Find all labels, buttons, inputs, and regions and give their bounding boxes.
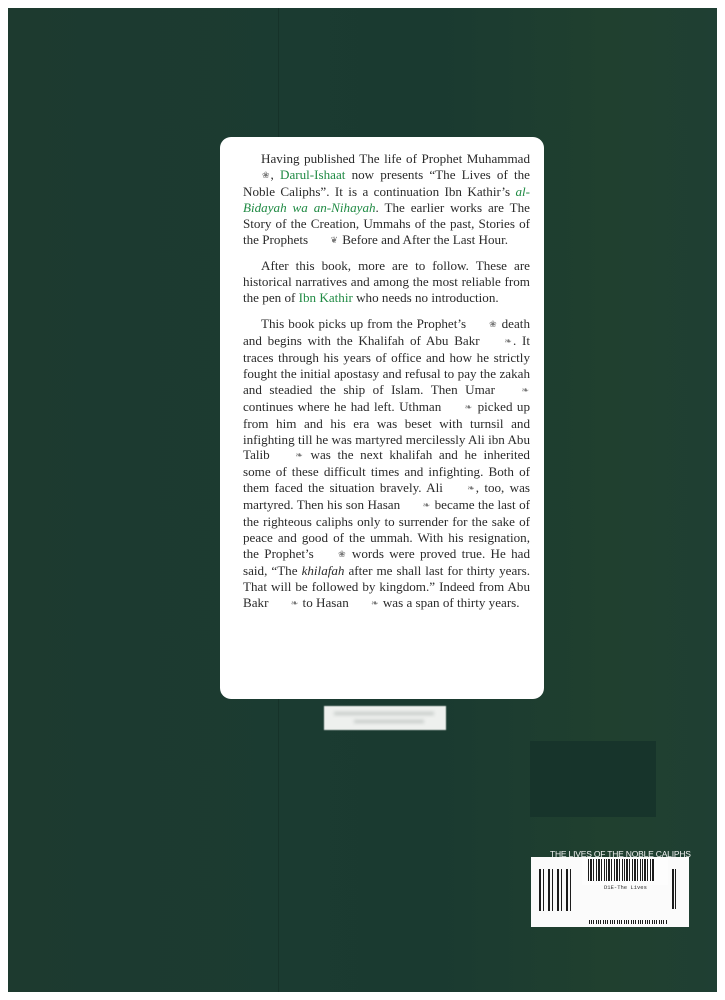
blurb-paragraph: Having published The life of Prophet Muh… bbox=[243, 151, 530, 248]
text-run: was a span of thirty years. bbox=[380, 595, 520, 610]
isbn-barcode-area bbox=[530, 741, 656, 817]
honorific-icon: ❧ bbox=[503, 383, 529, 399]
left-barcode-icon bbox=[539, 869, 575, 911]
blurb-card: Having published The life of Prophet Muh… bbox=[220, 137, 544, 699]
text-run: to Hasan bbox=[299, 595, 352, 610]
bottom-barcode-icon bbox=[589, 920, 668, 924]
emphasized-text: Ibn Kathir bbox=[299, 290, 353, 305]
text-run: Before and After the Last Hour. bbox=[339, 232, 508, 247]
top-barcode-icon bbox=[588, 859, 655, 881]
honorific-icon: ❧ bbox=[277, 448, 303, 464]
honorific-icon: ❧ bbox=[353, 596, 379, 612]
honorific-icon: ❀ bbox=[471, 317, 497, 333]
honorific-icon: ❧ bbox=[486, 334, 512, 350]
blurb-paragraph: After this book, more are to follow. The… bbox=[243, 258, 530, 306]
barcode-label-text: D1E-The Lives bbox=[604, 884, 647, 891]
honorific-icon: ❧ bbox=[405, 498, 431, 514]
emphasized-text: khilafah bbox=[302, 563, 345, 578]
honorific-icon: ❦ bbox=[312, 233, 338, 249]
blurred-price-sticker bbox=[324, 706, 446, 730]
honorific-icon: ❧ bbox=[273, 596, 299, 612]
text-run: continues where he had left. Uthman bbox=[243, 399, 446, 414]
right-barcode-icon bbox=[672, 869, 677, 909]
blurb-paragraph: This book picks up from the Prophet’s ❀ … bbox=[243, 316, 530, 611]
honorific-icon: ❧ bbox=[447, 400, 473, 416]
honorific-icon: ❀ bbox=[320, 547, 346, 563]
text-run: Having published The life of Prophet Muh… bbox=[261, 151, 530, 166]
barcode-sticker: D1E-The Lives bbox=[531, 857, 689, 927]
text-run: who needs no introduction. bbox=[353, 290, 499, 305]
honorific-icon: ❧ bbox=[449, 481, 475, 497]
emphasized-text: Darul-Ishaat bbox=[280, 167, 345, 182]
text-run: This book picks up from the Prophet’s bbox=[261, 316, 470, 331]
honorific-icon: ❀ bbox=[244, 168, 270, 184]
text-run: , bbox=[271, 167, 280, 182]
barcode-label: D1E-The Lives bbox=[582, 857, 668, 885]
